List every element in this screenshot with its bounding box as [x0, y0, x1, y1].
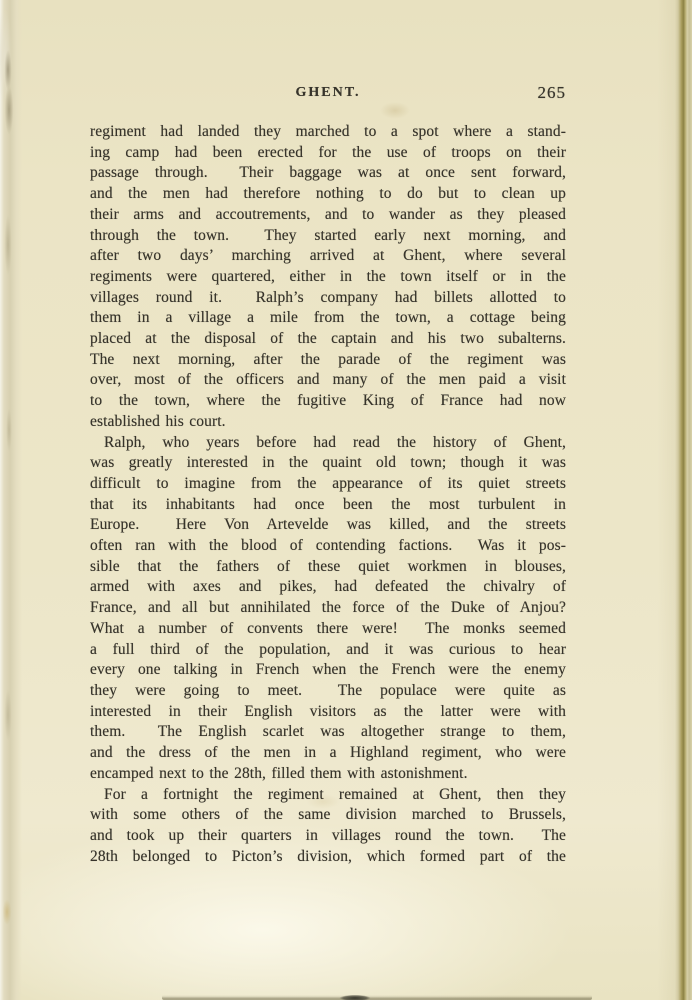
text-line: over, most of the officers and many of t…: [90, 370, 566, 391]
text-line: Europe. Here Von Artevelde was killed, a…: [90, 515, 566, 536]
paragraph: regiment had landed they marched to a sp…: [90, 122, 566, 433]
text-line: and the men had therefore nothing to do …: [90, 184, 566, 205]
next-page-edge-shadow: [162, 995, 592, 1000]
running-title: GHENT.: [90, 85, 566, 101]
text-line: For a fortnight the regiment remained at…: [90, 785, 566, 806]
text-line: difficult to imagine from the appearance…: [90, 474, 566, 495]
page-header: GHENT. 265: [90, 85, 566, 103]
text-line: passage through. Their baggage was at on…: [90, 163, 566, 184]
paragraph: For a fortnight the regiment remained at…: [90, 785, 566, 868]
text-line: often ran with the blood of contending f…: [90, 536, 566, 557]
text-line: ing camp had been erected for the use of…: [90, 143, 566, 164]
text-line: was greatly interested in the quaint old…: [90, 453, 566, 474]
text-line: after two days’ marching arrived at Ghen…: [90, 246, 566, 267]
paper-stain-top: [380, 102, 410, 119]
text-line: established his court.: [90, 412, 566, 433]
text-line: a full third of the population, and it w…: [90, 640, 566, 661]
text-line: that its inhabitants had once been the m…: [90, 495, 566, 516]
text-line: placed at the disposal of the captain an…: [90, 329, 566, 350]
text-line: encamped next to the 28th, filled them w…: [90, 764, 566, 785]
text-line: and the dress of the men in a Highland r…: [90, 743, 566, 764]
text-line: their arms and accoutrements, and to wan…: [90, 205, 566, 226]
book-page-scan: GHENT. 265 regiment had landed they marc…: [0, 0, 692, 1000]
text-line: regiments were quartered, either in the …: [90, 267, 566, 288]
text-line: Ralph, who years before had read the his…: [90, 433, 566, 454]
text-line: France, and all but annihilated the forc…: [90, 598, 566, 619]
text-line: them in a village a mile from the town, …: [90, 308, 566, 329]
paragraph: Ralph, who years before had read the his…: [90, 433, 566, 785]
text-line: them. The English scarlet was altogether…: [90, 722, 566, 743]
text-line: they were going to meet. The populace we…: [90, 681, 566, 702]
text-block: regiment had landed they marched to a sp…: [90, 122, 566, 867]
page-stack-edge: [675, 0, 692, 1000]
text-line: with some others of the same division ma…: [90, 805, 566, 826]
text-line: sible that the fathers of these quiet wo…: [90, 557, 566, 578]
text-line: regiment had landed they marched to a sp…: [90, 122, 566, 143]
text-line: 28th belonged to Picton’s division, whic…: [90, 847, 566, 868]
text-line: armed with axes and pikes, had defeated …: [90, 577, 566, 598]
text-line: interested in their English visitors as …: [90, 702, 566, 723]
text-line: and took up their quarters in villages r…: [90, 826, 566, 847]
text-line: through the town. They started early nex…: [90, 226, 566, 247]
page-number: 265: [538, 83, 567, 103]
text-line: What a number of convents there were! Th…: [90, 619, 566, 640]
text-line: every one talking in French when the Fre…: [90, 660, 566, 681]
text-line: villages round it. Ralph’s company had b…: [90, 288, 566, 309]
text-line: The next morning, after the parade of th…: [90, 350, 566, 371]
text-line: to the town, where the fugitive King of …: [90, 391, 566, 412]
binding-edge-texture: [0, 0, 22, 1000]
